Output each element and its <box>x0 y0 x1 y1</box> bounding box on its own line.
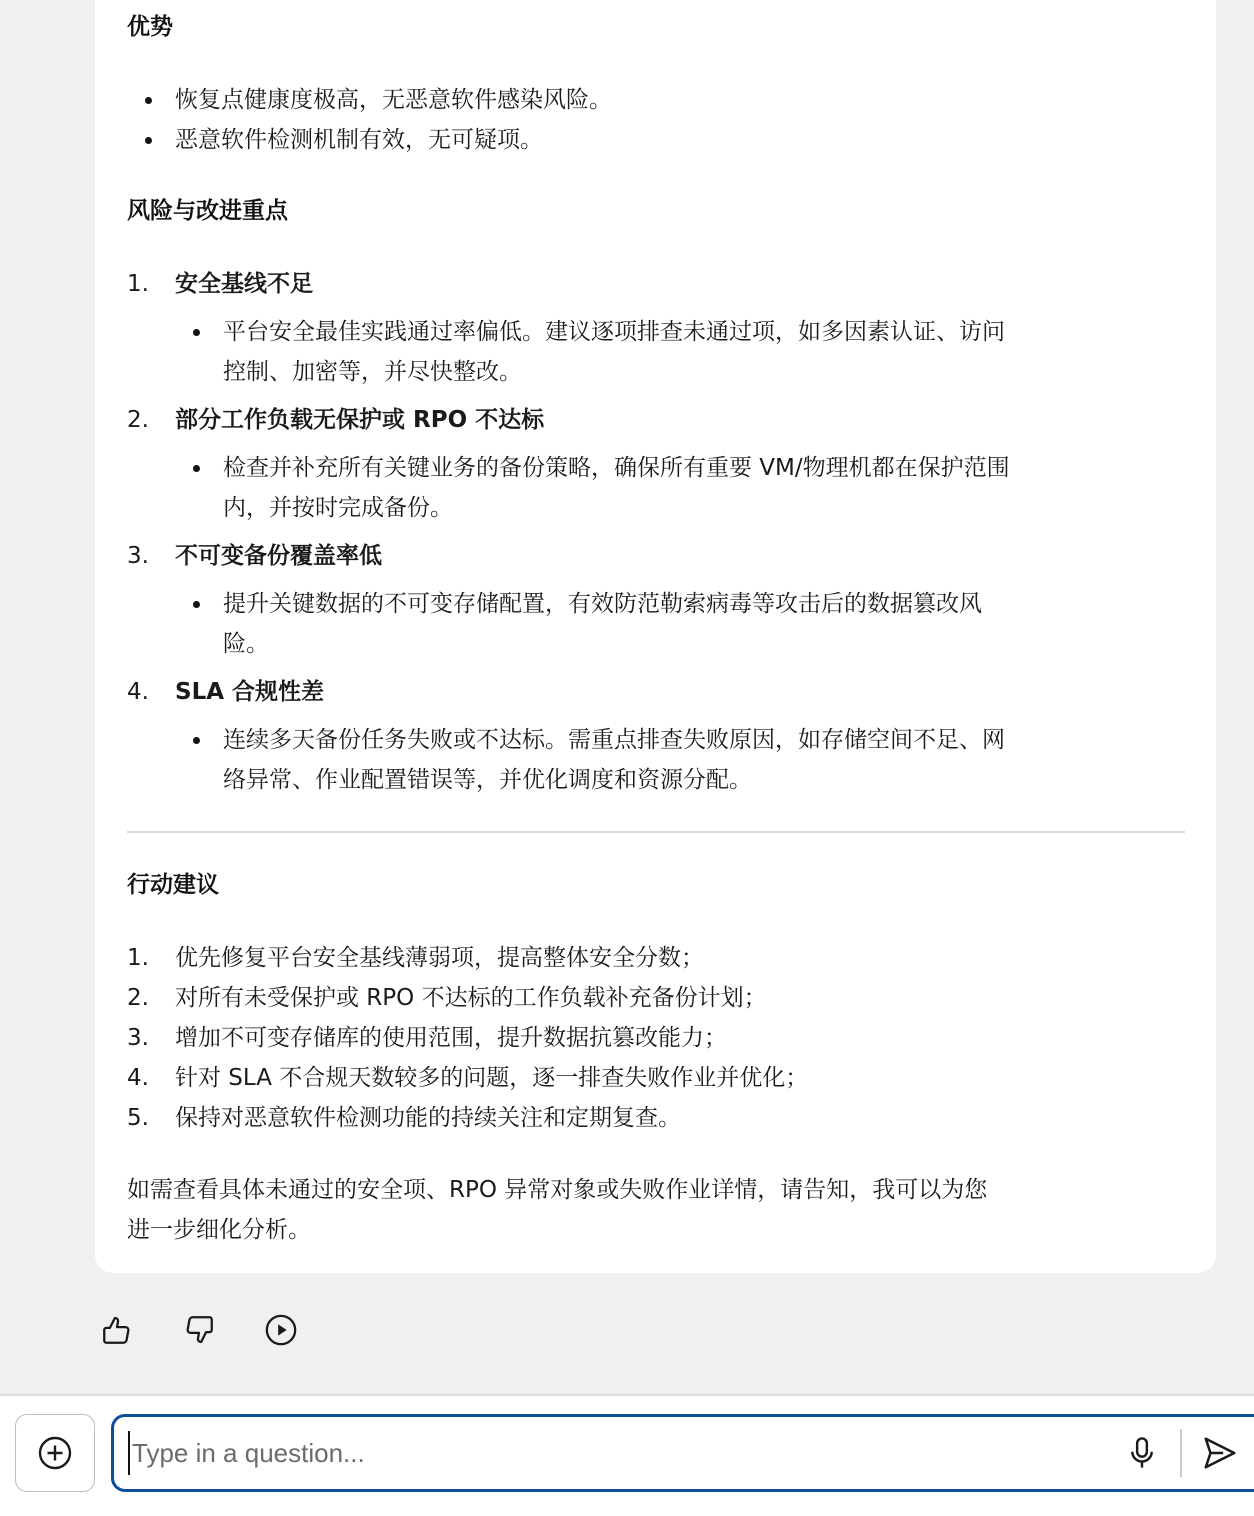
question-input-box <box>111 1414 1254 1492</box>
risk-detail: 检查并补充所有关键业务的备份策略，确保所有重要 VM/物理机都在保护范围 <box>223 448 1010 488</box>
risk-title: 安全基线不足 <box>175 264 313 304</box>
risk-title: 部分工作负载无保护或 RPO 不达标 <box>175 400 544 440</box>
closing-paragraph: 进一步细化分析。 <box>127 1210 311 1250</box>
composer-bar <box>0 1394 1254 1516</box>
strength-item: 恶意软件检测机制有效，无可疑项。 <box>175 120 543 160</box>
action-item: 保持对恶意软件检测功能的持续关注和定期复查。 <box>175 1098 681 1138</box>
read-aloud-button[interactable] <box>264 1313 298 1347</box>
action-number: 3. <box>127 1018 149 1058</box>
input-separator <box>1180 1429 1182 1477</box>
thumbs-up-icon <box>100 1313 134 1347</box>
actions-heading: 行动建议 <box>127 870 219 900</box>
bullet-icon <box>193 737 200 744</box>
bullet-icon <box>193 601 200 608</box>
risk-number: 2. <box>127 400 149 440</box>
risk-title: 不可变备份覆盖率低 <box>175 536 382 576</box>
action-number: 1. <box>127 938 149 978</box>
bullet-icon <box>145 97 152 104</box>
risk-detail: 络异常、作业配置错误等，并优化调度和资源分配。 <box>223 760 752 800</box>
bullet-icon <box>145 137 152 144</box>
risk-number: 1. <box>127 264 149 304</box>
action-item: 对所有未受保护或 RPO 不达标的工作负载补充备份计划； <box>175 978 767 1018</box>
risk-detail: 内，并按时完成备份。 <box>223 488 453 528</box>
risk-detail: 提升关键数据的不可变存储配置，有效防范勒索病毒等攻击后的数据篡改风 <box>223 584 982 624</box>
action-item: 优先修复平台安全基线薄弱项，提高整体安全分数； <box>175 938 704 978</box>
risk-number: 3. <box>127 536 149 576</box>
closing-paragraph: 如需查看具体未通过的安全项、RPO 异常对象或失败作业详情，请告知，我可以为您 <box>127 1170 987 1210</box>
action-number: 2. <box>127 978 149 1018</box>
plus-circle-icon <box>37 1435 73 1471</box>
voice-input-button[interactable] <box>1122 1433 1162 1473</box>
risk-detail: 连续多天备份任务失败或不达标。需重点排查失败原因，如存储空间不足、网 <box>223 720 1005 760</box>
thumbs-up-button[interactable] <box>100 1313 134 1347</box>
action-item: 增加不可变存储库的使用范围，提升数据抗篡改能力； <box>175 1018 727 1058</box>
bullet-icon <box>193 465 200 472</box>
risk-detail: 险。 <box>223 624 269 664</box>
play-icon <box>264 1313 298 1347</box>
section-divider <box>127 831 1185 833</box>
risk-detail: 控制、加密等，并尽快整改。 <box>223 352 522 392</box>
risks-heading: 风险与改进重点 <box>127 196 288 226</box>
action-number: 4. <box>127 1058 149 1098</box>
thumbs-down-button[interactable] <box>182 1313 216 1347</box>
send-button[interactable] <box>1198 1431 1242 1475</box>
bullet-icon <box>193 329 200 336</box>
risk-detail: 平台安全最佳实践通过率偏低。建议逐项排查未通过项，如多因素认证、访问 <box>223 312 1005 352</box>
message-feedback-bar <box>100 1305 298 1355</box>
thumbs-down-icon <box>182 1313 216 1347</box>
action-item: 针对 SLA 不合规天数较多的问题，逐一排查失败作业并优化； <box>175 1058 808 1098</box>
assistant-message: 优势 恢复点健康度极高，无恶意软件感染风险。 恶意软件检测机制有效，无可疑项。 … <box>95 0 1216 1273</box>
chat-area: 优势 恢复点健康度极高，无恶意软件感染风险。 恶意软件检测机制有效，无可疑项。 … <box>0 0 1254 1394</box>
question-input[interactable] <box>128 1431 1088 1475</box>
risk-title: SLA 合规性差 <box>175 672 324 712</box>
microphone-icon <box>1127 1436 1157 1470</box>
risk-number: 4. <box>127 672 149 712</box>
strength-item: 恢复点健康度极高，无恶意软件感染风险。 <box>175 80 612 120</box>
attach-button[interactable] <box>15 1414 95 1492</box>
send-icon <box>1201 1434 1239 1472</box>
strengths-heading: 优势 <box>127 12 173 42</box>
action-number: 5. <box>127 1098 149 1138</box>
